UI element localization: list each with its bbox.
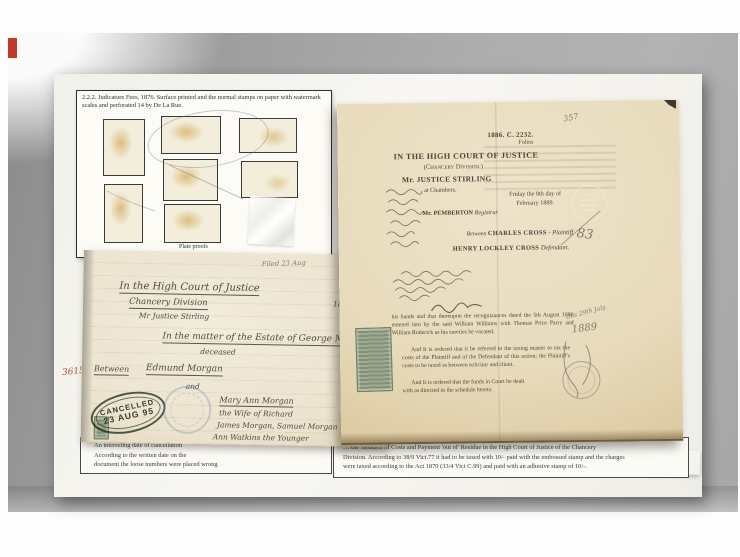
party-plaintiff: Edmund Morgan bbox=[146, 363, 223, 376]
affidavit-division-line: Chancery Division bbox=[129, 297, 208, 310]
order-date-line2: February 1889. bbox=[498, 199, 572, 209]
handwritten-folio-number: 357 bbox=[562, 112, 579, 124]
stamp-proof bbox=[103, 119, 145, 176]
photo-of-exhibit-page: An interesting date of cancellation Acco… bbox=[0, 0, 740, 557]
crumpled-glassine bbox=[248, 196, 295, 246]
defendant-name: HENRY LOCKLEY CROSS bbox=[453, 245, 540, 253]
case-reference: 1886. C. 2232. bbox=[487, 131, 533, 140]
chambers-line: at Chambers. bbox=[424, 187, 457, 194]
pencil-flourish bbox=[556, 339, 609, 402]
plaintiff-name: CHARLES CROSS bbox=[488, 229, 547, 237]
registrar-name: Mr. PEMBERTON bbox=[422, 209, 473, 217]
proof-toning bbox=[104, 120, 144, 175]
between-label: Between bbox=[94, 364, 129, 375]
plate-proof-card: 2.2.2. Judicature Fees, 1876. Surface pr… bbox=[76, 90, 332, 258]
marginal-handwriting bbox=[384, 187, 425, 249]
order-paragraph-1: his hands and that thereupon the recogni… bbox=[392, 311, 574, 338]
green-adhesive-revenue-stamp bbox=[355, 327, 393, 392]
faint-blue-circular-stamp bbox=[163, 385, 212, 434]
stamp-proof bbox=[241, 161, 298, 198]
judge-line: Mr. JUSTICE STIRLING bbox=[402, 174, 492, 184]
filed-date-note: Filed 23 Aug bbox=[262, 259, 306, 269]
handwritten-date-note: this 29th July bbox=[565, 304, 606, 321]
cancel-stamp-ring bbox=[93, 391, 164, 434]
handwritten-year: 1889 bbox=[571, 322, 598, 336]
party-line: Ann Watkins the Younger bbox=[213, 432, 309, 443]
pencil-annotation-line bbox=[167, 161, 247, 203]
plate-proofs-caption: Plate proofs bbox=[179, 244, 208, 250]
caption-line: were taxed according to the Act 1870 (33… bbox=[343, 462, 682, 472]
pencil-stroke bbox=[556, 209, 602, 250]
division-line: (Chancery Division.) bbox=[424, 163, 483, 171]
red-edge-mark bbox=[8, 38, 17, 58]
order-paragraph-3: And It is ordered that the funds in Cour… bbox=[402, 378, 524, 396]
order-paragraph-2: And It is ordered that it be referred to… bbox=[402, 344, 570, 370]
caption-line: … the Taxation of Costs and Payment 'out… bbox=[343, 443, 682, 453]
affidavit-court-line: In the High Court of Justice bbox=[119, 281, 260, 296]
party-line: James Morgan, Samuel Morgan bbox=[217, 420, 338, 431]
proof-toning bbox=[165, 205, 220, 242]
stamp-proof bbox=[164, 204, 221, 243]
party-line: Mary Ann Morgan bbox=[219, 395, 294, 407]
registrar-label: Registrar bbox=[475, 209, 498, 216]
party-line: the Wife of Richard bbox=[219, 408, 293, 418]
caption-line: Division. According to 38/9 Vict.77 it h… bbox=[343, 453, 682, 463]
separator-dash: - bbox=[548, 229, 550, 236]
paper-corner-fleck bbox=[664, 100, 676, 109]
affidavit-deceased-line: deceased bbox=[200, 347, 236, 357]
caption-line: According to the written date on the bbox=[94, 451, 327, 461]
caption-line: document the loose numbers were placed w… bbox=[94, 460, 327, 470]
proof-toning bbox=[242, 162, 297, 197]
affidavit-matter-line: In the matter of the Estate of George M bbox=[162, 331, 344, 346]
pencil-annotation-line bbox=[105, 183, 157, 215]
affidavit-judge-line: Mr Justice Stirling bbox=[139, 311, 209, 321]
between-label: Between bbox=[467, 231, 487, 237]
proof-card-heading: 2.2.2. Judicature Fees, 1876. Surface pr… bbox=[82, 94, 325, 111]
printed-court-order: 357 1886. C. 2232. Folios IN THE HIGH CO… bbox=[337, 100, 683, 445]
order-date-line1: Friday the 8th day of bbox=[498, 190, 572, 200]
